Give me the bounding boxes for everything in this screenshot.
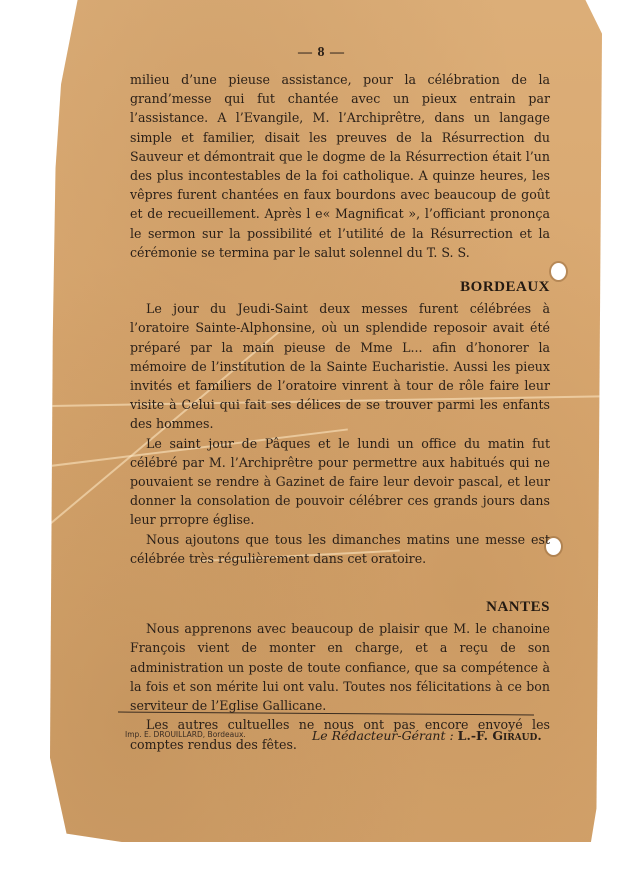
printer-imprint: Imp. E. DROUILLARD, Bordeaux. (125, 730, 246, 739)
section-heading-nantes: NANTES (130, 598, 550, 617)
paragraph: Nous apprenons avec beaucoup de plaisir … (130, 619, 550, 715)
editor-name: L.-F. Giraud. (458, 728, 542, 743)
paragraph: Nous ajoutons que tous les dimanches mat… (130, 530, 550, 568)
editor-role: Le Rédacteur-Gérant : (312, 728, 454, 743)
article-body: milieu d’une pieuse assistance, pour la … (130, 70, 550, 754)
intro-paragraph: milieu d’une pieuse assistance, pour la … (130, 70, 550, 262)
punch-hole (551, 263, 566, 280)
section-heading-bordeaux: BORDEAUX (130, 278, 550, 297)
page-number: — 8 — (0, 45, 643, 61)
paragraph: Le saint jour de Pâques et le lundi un o… (130, 434, 550, 530)
paragraph: Le jour du Jeudi-Saint deux messes furen… (130, 299, 550, 433)
editor-signature: Le Rédacteur-Gérant : L.-F. Giraud. (312, 728, 542, 743)
